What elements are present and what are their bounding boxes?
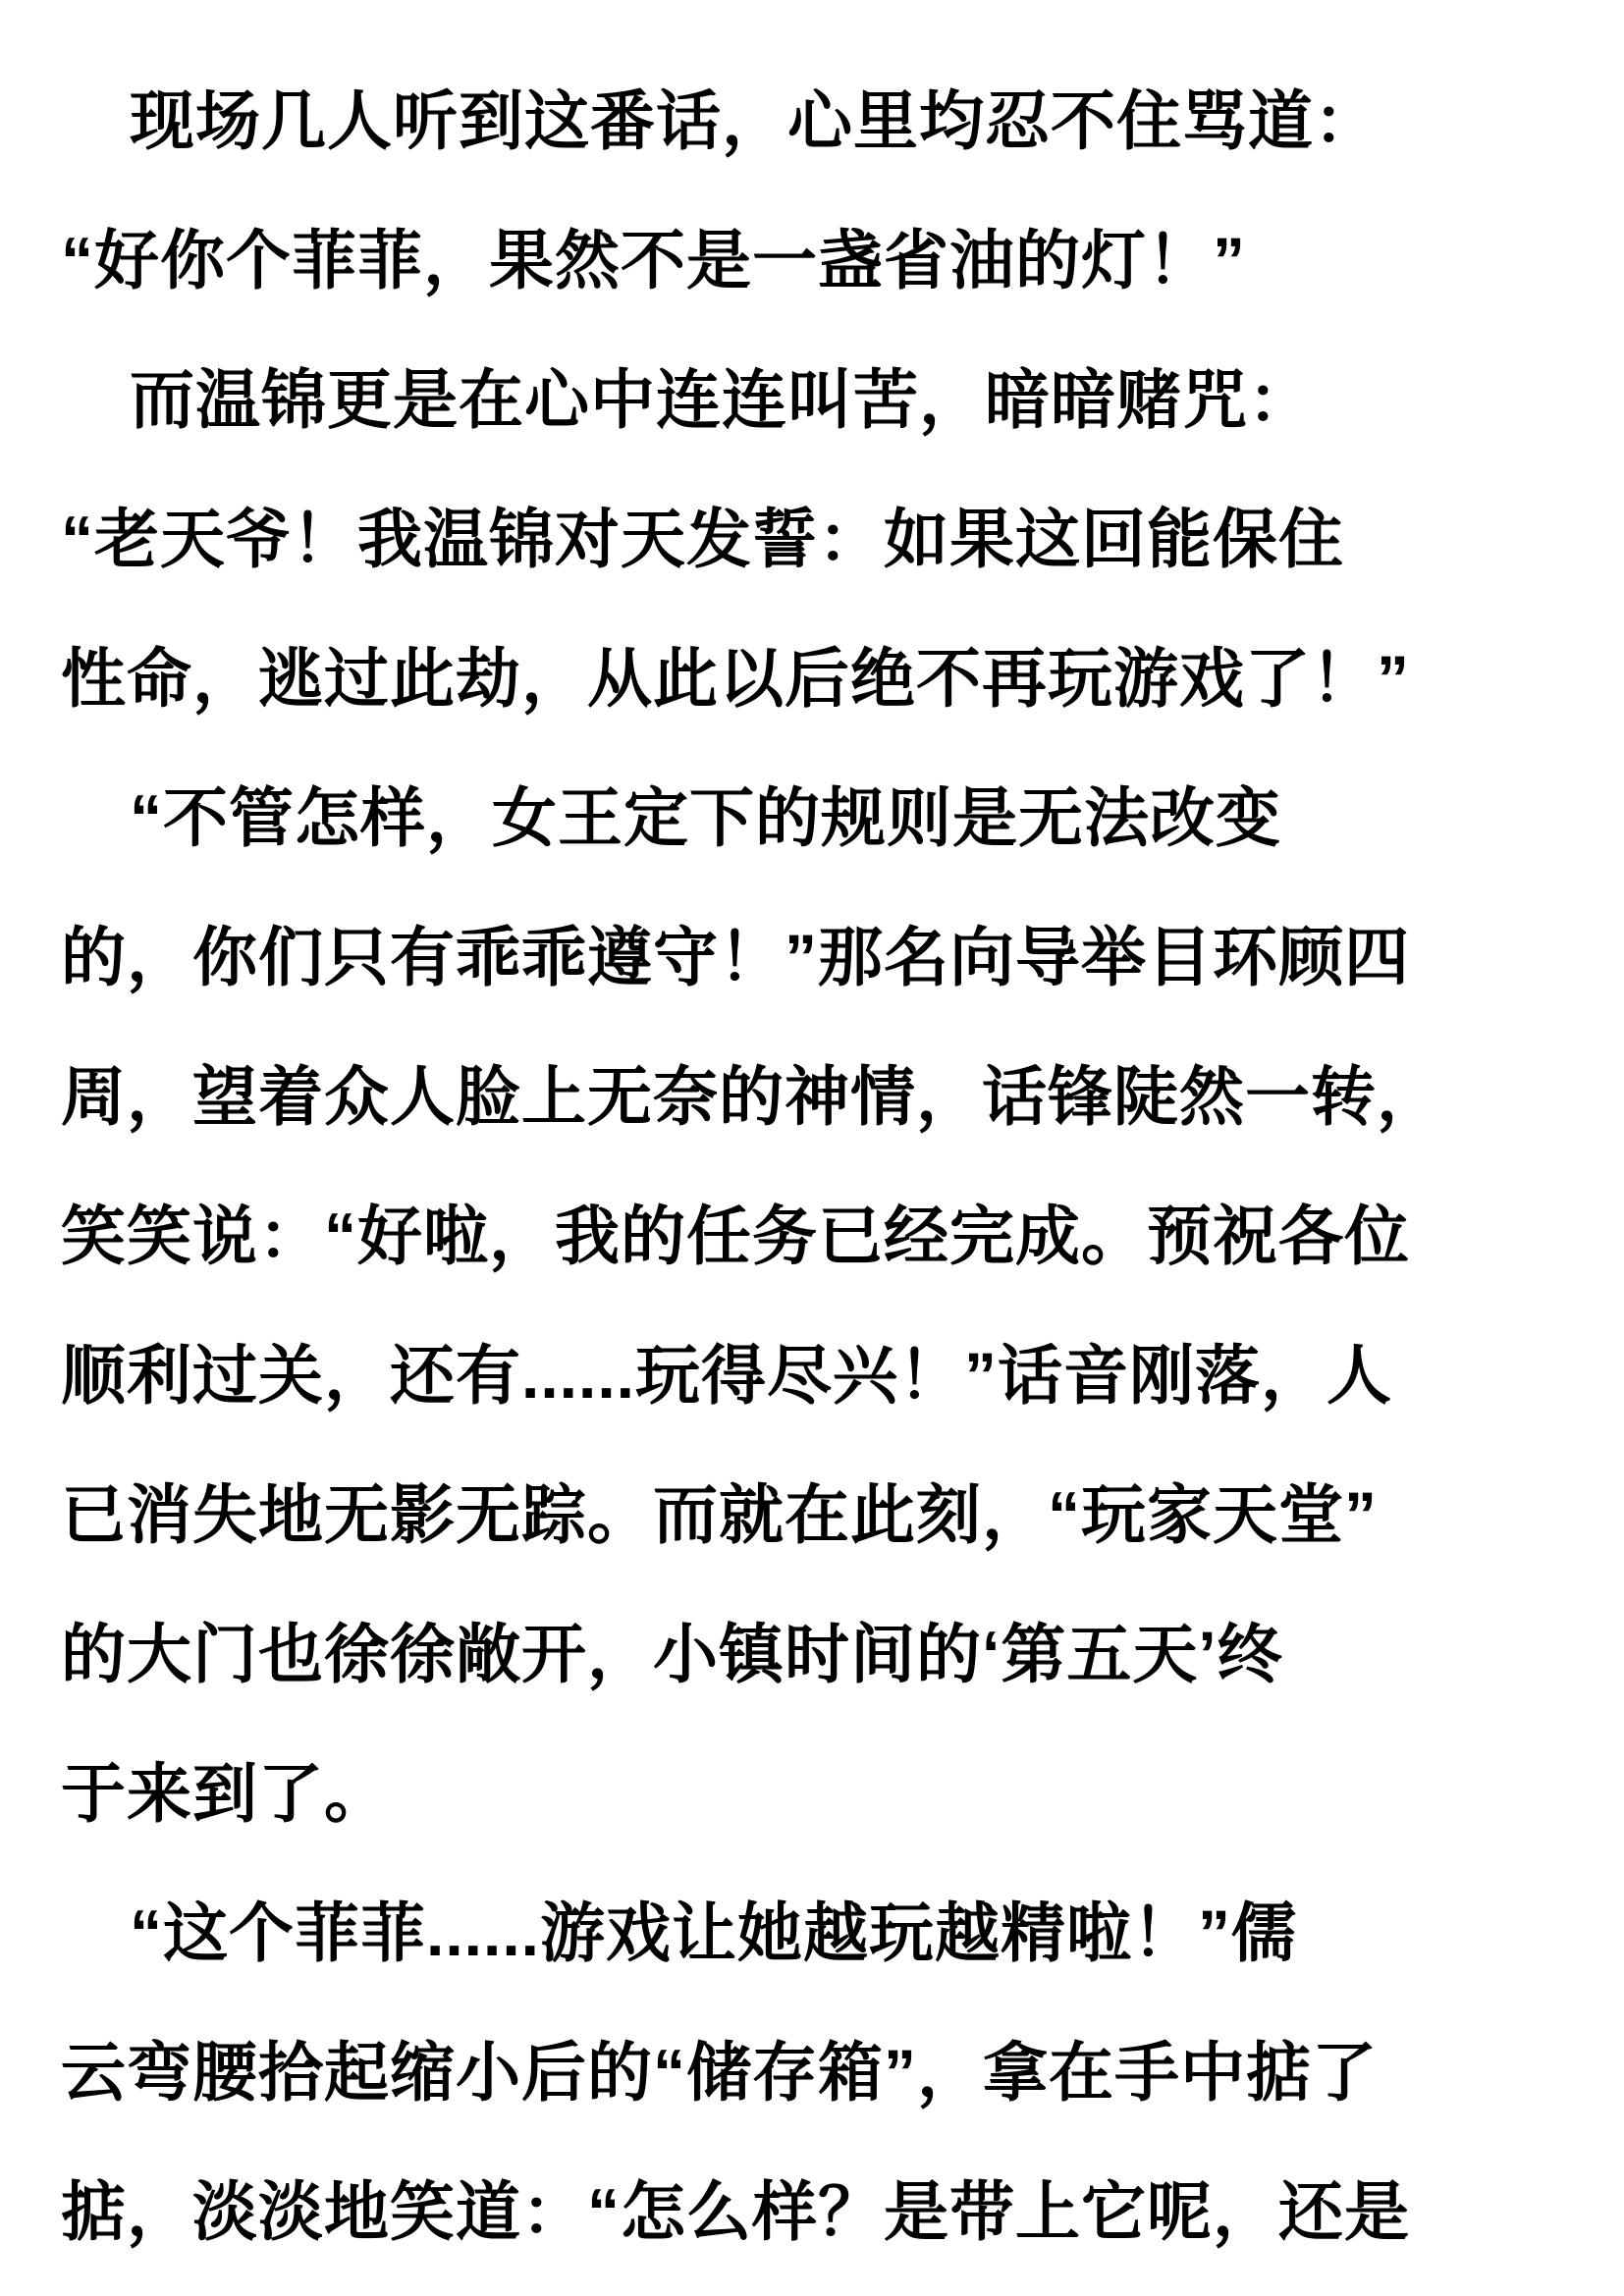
text-line: 周，望着众人脸上无奈的神情，话锋陡然一转， — [61, 1027, 1565, 1166]
text-line: 性命，逃过此劫，从此以后绝不再玩游戏了！” — [61, 609, 1565, 748]
text-line: “老天爷！我温锦对天发誓：如果这回能保住 — [61, 469, 1565, 609]
text-line: “这个菲菲......游戏让她越玩越精啦！”儒 — [61, 1863, 1565, 2002]
text-line: “不管怎样，女王定下的规则是无法改变 — [61, 748, 1565, 887]
text-line: “好你个菲菲，果然不是一盏省油的灯！” — [61, 190, 1565, 330]
text-line: 顺利过关，还有......玩得尽兴！”话音刚落，人 — [61, 1306, 1565, 1445]
text-line: 现场几人听到这番话，心里均忍不住骂道： — [61, 51, 1565, 190]
novel-page: 现场几人听到这番话，心里均忍不住骂道：“好你个菲菲，果然不是一盏省油的灯！”而温… — [0, 0, 1624, 2296]
text-line: 笑笑说：“好啦，我的任务已经完成。预祝各位 — [61, 1166, 1565, 1306]
text-line: 云弯腰拾起缩小后的“储存箱”，拿在手中掂了 — [61, 2002, 1565, 2142]
text-line: 掂，淡淡地笑道：“怎么样？是带上它呢，还是 — [61, 2142, 1565, 2281]
text-line: 的大门也徐徐敞开，小镇时间的‘第五天’终 — [61, 1584, 1565, 1724]
text-line: 的，你们只有乖乖遵守！”那名向导举目环顾四 — [61, 887, 1565, 1027]
text-line: 而温锦更是在心中连连叫苦，暗暗赌咒： — [61, 330, 1565, 469]
text-line: 已消失地无影无踪。而就在此刻，“玩家天堂” — [61, 1445, 1565, 1584]
page-text: 现场几人听到这番话，心里均忍不住骂道：“好你个菲菲，果然不是一盏省油的灯！”而温… — [61, 51, 1565, 2281]
text-line: 于来到了。 — [61, 1724, 1565, 1863]
